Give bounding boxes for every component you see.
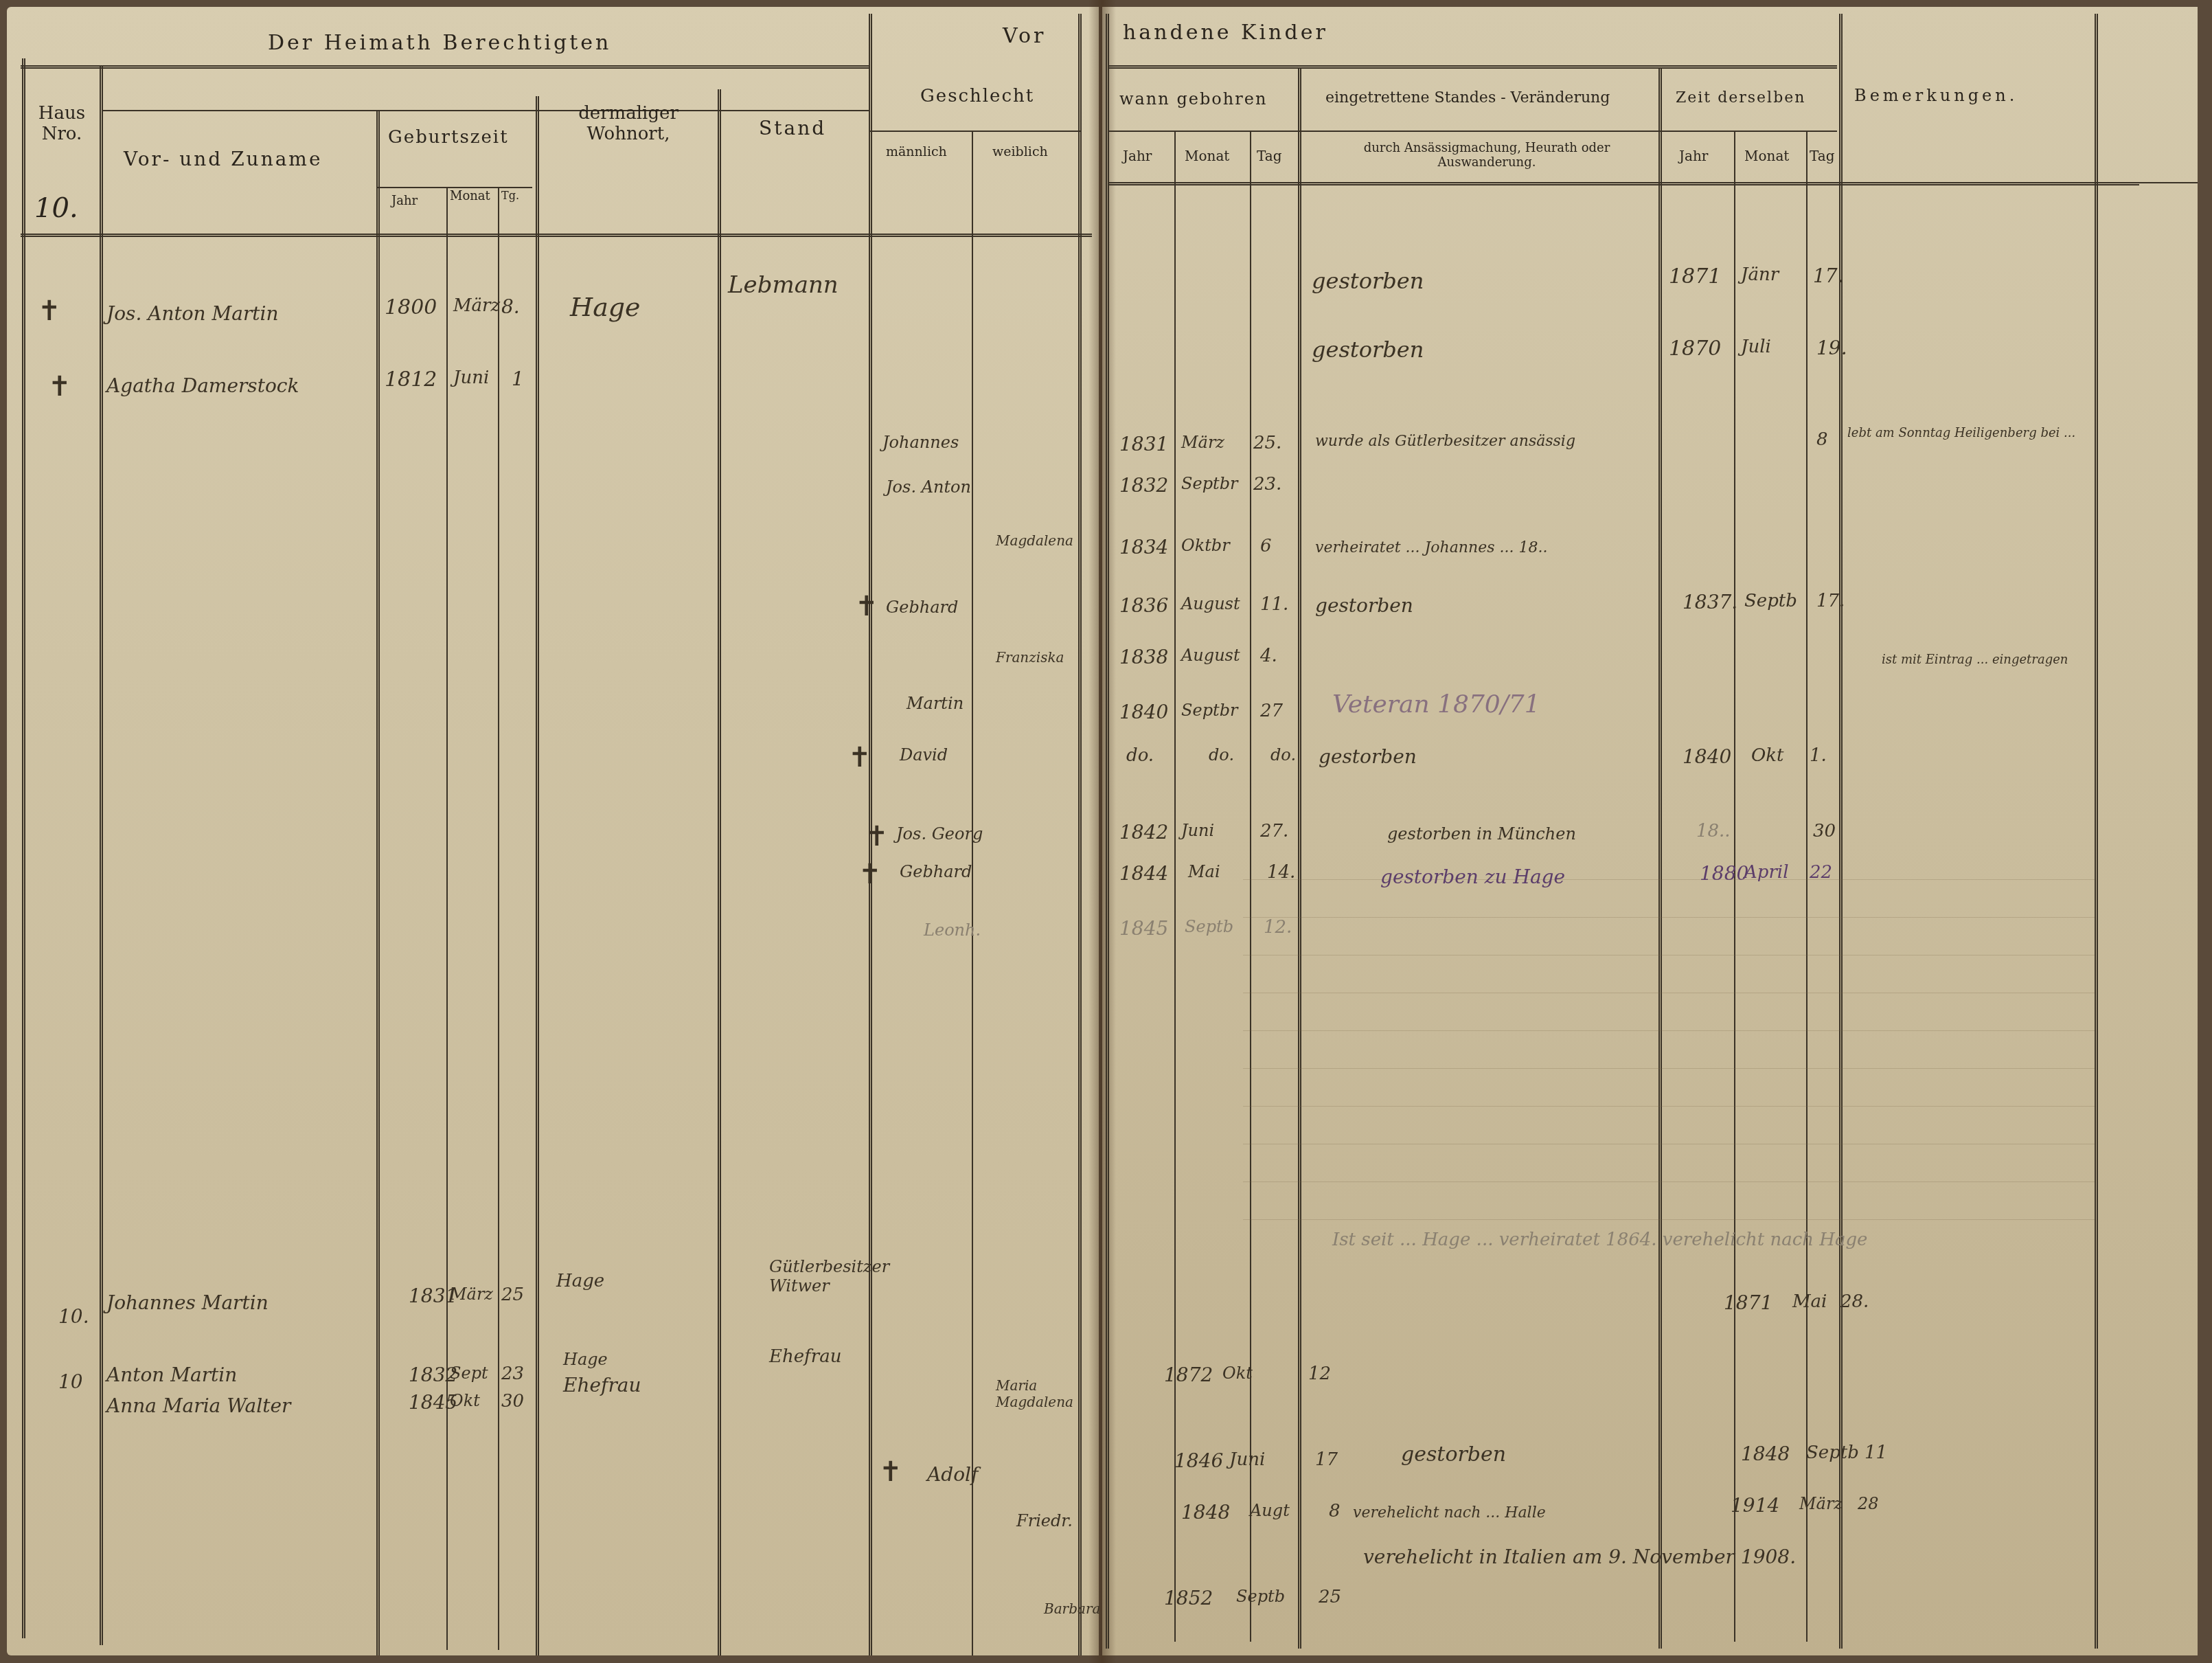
child-name: Jos. Georg bbox=[896, 824, 983, 844]
tag-header: Tg. bbox=[501, 189, 519, 202]
child-name: Franziska bbox=[996, 649, 1064, 666]
child-change: gestorben bbox=[1319, 745, 1417, 768]
child-monat: Oktbr bbox=[1181, 536, 1230, 555]
deceased-cross-icon: ✝ bbox=[38, 295, 61, 327]
entry-name: Agatha Damerstock bbox=[106, 374, 299, 397]
tag-header: Tag bbox=[1257, 148, 1282, 164]
child-jahr: 1838 bbox=[1119, 646, 1168, 668]
child-change-jahr: 1837. bbox=[1683, 591, 1737, 613]
header-top-rule bbox=[21, 65, 869, 69]
section-title: Der Heimath Berechtigten bbox=[268, 31, 611, 55]
child-jahr: 1836 bbox=[1119, 594, 1168, 617]
tag-header: Tag bbox=[1810, 148, 1835, 164]
child-jahr: 1842 bbox=[1119, 821, 1168, 844]
later-child-tag: 8 bbox=[1329, 1501, 1341, 1521]
faint-ruling bbox=[1243, 879, 2095, 1223]
col-rule bbox=[1658, 69, 1662, 1649]
child-change-tag: 8 bbox=[1816, 429, 1828, 450]
child-jahr: 1840 bbox=[1119, 701, 1168, 723]
later-change-monat: Mai bbox=[1792, 1291, 1827, 1312]
entry-change: gestorben bbox=[1312, 268, 1424, 294]
child-jahr: 1831 bbox=[1119, 433, 1168, 455]
later-child-jahr: 1848 bbox=[1181, 1501, 1230, 1524]
entry-jahr: 1812 bbox=[385, 367, 437, 392]
geburtszeit-header: Geburtszeit bbox=[388, 127, 509, 148]
wann-gebohren-header: wann gebohren bbox=[1119, 89, 1267, 109]
child-jahr: do. bbox=[1126, 745, 1154, 766]
entry-change-tag: 19. bbox=[1816, 337, 1847, 359]
later-change-tag: 28. bbox=[1840, 1291, 1869, 1312]
later-child-tag: 17 bbox=[1315, 1449, 1338, 1470]
later-child-tag: 12 bbox=[1308, 1364, 1331, 1384]
later-tag: 30 bbox=[501, 1391, 524, 1412]
later-child-tag: 25 bbox=[1319, 1587, 1341, 1607]
later-child-name: Friedr. bbox=[1016, 1511, 1073, 1530]
child-change: gestorben in München bbox=[1387, 824, 1576, 844]
child-jahr: 1832 bbox=[1119, 474, 1168, 497]
header-rule bbox=[1109, 131, 1837, 132]
child-change-jahr: 1880 bbox=[1700, 862, 1748, 885]
wohnort-header: dermaliger Wohnort, bbox=[549, 103, 707, 144]
entry-change: gestorben bbox=[1312, 337, 1424, 363]
deceased-cross-icon: ✝ bbox=[48, 371, 71, 403]
later-haus: 10 bbox=[58, 1370, 83, 1393]
child-tag: 12. bbox=[1264, 917, 1292, 938]
section-title-right: handene Kinder bbox=[1123, 21, 1328, 45]
child-change: verheiratet ... Johannes ... 18.. bbox=[1315, 539, 1547, 556]
deceased-cross-icon: ✝ bbox=[848, 742, 871, 773]
entry-tag: 1 bbox=[512, 367, 524, 390]
child-name: Johannes bbox=[882, 433, 959, 452]
later-haus: 10. bbox=[58, 1305, 89, 1328]
child-tag: 4. bbox=[1260, 646, 1277, 666]
maennlich-header: männlich bbox=[886, 144, 947, 159]
later-child-change: verehelicht nach ... Halle bbox=[1353, 1504, 1546, 1521]
col-rule bbox=[22, 58, 25, 1638]
header-top-rule bbox=[1109, 65, 1837, 69]
child-change-tag: 17. bbox=[1816, 591, 1845, 611]
later-child-change-monat: März bbox=[1799, 1494, 1843, 1513]
deceased-cross-icon: ✝ bbox=[879, 1456, 902, 1488]
child-tag: 6 bbox=[1260, 536, 1272, 556]
book-gutter bbox=[1088, 0, 1116, 1663]
child-tag: 14. bbox=[1267, 862, 1295, 883]
col-rule bbox=[1298, 69, 1301, 1649]
child-monat: März bbox=[1181, 433, 1224, 452]
deceased-cross-icon: ✝ bbox=[855, 591, 878, 622]
child-note: lebt am Sonntag Heiligenberg bei ... bbox=[1847, 426, 2075, 440]
jahr-header: Jahr bbox=[1123, 148, 1152, 164]
later-name: Johannes Martin bbox=[106, 1291, 269, 1314]
later-child-name: Maria Magdalena bbox=[996, 1377, 1092, 1410]
child-note: ist mit Eintrag ... eingetragen bbox=[1882, 653, 2088, 667]
section-title-left: Vor bbox=[1003, 24, 1046, 48]
jahr-header: Jahr bbox=[391, 194, 418, 208]
col-rule bbox=[1174, 131, 1176, 1642]
child-tag: 27 bbox=[1260, 701, 1283, 721]
child-change: Veteran 1870/71 bbox=[1332, 690, 1540, 719]
child-name: Magdalena bbox=[996, 532, 1073, 549]
later-child-name: Barbara bbox=[1044, 1600, 1100, 1617]
name-header: Vor- und Zuname bbox=[124, 148, 322, 170]
later-child-change-jahr: 1914 bbox=[1731, 1494, 1779, 1517]
child-name: Gebhard bbox=[900, 862, 972, 881]
col-rule bbox=[1106, 14, 1109, 1649]
child-name: Gebhard bbox=[886, 598, 958, 617]
entry-wohnort: Hage bbox=[570, 292, 641, 322]
stand-header: Stand bbox=[759, 117, 826, 139]
haus-nr-header: Haus Nro. bbox=[27, 103, 96, 144]
child-tag: 11. bbox=[1260, 594, 1288, 615]
col-rule bbox=[100, 65, 103, 1645]
child-change-monat: Septb bbox=[1744, 591, 1797, 611]
later-change: Ist seit ... Hage ... verheiratet 1864. … bbox=[1332, 1230, 2088, 1250]
zeit-header: Zeit derselben bbox=[1676, 89, 1805, 106]
haus-nr-value: 10. bbox=[34, 192, 78, 224]
later-monat: Sept bbox=[450, 1364, 488, 1383]
header-rule bbox=[1840, 182, 2198, 183]
entry-change-monat: Jänr bbox=[1741, 264, 1779, 285]
subheader-rule bbox=[378, 187, 532, 188]
later-child-change-jahr: 1848 bbox=[1741, 1443, 1790, 1465]
deceased-cross-icon: ✝ bbox=[865, 821, 889, 852]
ledger-book: Der Heimath Berechtigten Haus Nro. 10. V… bbox=[7, 0, 2198, 1663]
child-jahr: 1845 bbox=[1119, 917, 1168, 940]
child-name: David bbox=[900, 745, 948, 765]
veraenderung-header: eingetrettene Standes - Veränderung bbox=[1325, 89, 1610, 106]
monat-header: Monat bbox=[450, 189, 490, 203]
entry-jahr: 1800 bbox=[385, 295, 437, 319]
entry-change-tag: 17. bbox=[1813, 264, 1844, 287]
child-tag: 27. bbox=[1260, 821, 1288, 841]
entry-change-jahr: 1870 bbox=[1669, 337, 1721, 361]
child-change-tag: 22 bbox=[1810, 862, 1832, 883]
child-tag: 23. bbox=[1253, 474, 1281, 495]
later-monat: März bbox=[450, 1285, 493, 1304]
child-tag: do. bbox=[1270, 745, 1296, 765]
child-change-jahr: 1840 bbox=[1683, 745, 1731, 768]
col-rule bbox=[2095, 14, 2098, 1649]
header-rule bbox=[103, 110, 869, 111]
later-change-jahr: 1871 bbox=[1724, 1291, 1772, 1314]
child-jahr: 1834 bbox=[1119, 536, 1168, 558]
later-child-jahr: 1872 bbox=[1164, 1364, 1213, 1386]
jahr-header: Jahr bbox=[1679, 148, 1708, 164]
child-monat: Septbr bbox=[1181, 701, 1238, 720]
col-rule bbox=[536, 96, 539, 1655]
child-name: Martin bbox=[907, 694, 964, 713]
entry-monat: Juni bbox=[453, 367, 489, 388]
later-stand: Gütlerbesitzer Witwer bbox=[769, 1257, 865, 1296]
later-child-monat: Juni bbox=[1229, 1449, 1265, 1470]
col-rule bbox=[446, 187, 448, 1650]
child-change: gestorben zu Hage bbox=[1380, 866, 1565, 888]
bemerkungen-header: Bemerkungen. bbox=[1854, 86, 2018, 105]
col-rule bbox=[1839, 14, 1843, 1649]
child-name: Jos. Anton bbox=[886, 477, 971, 497]
child-monat: do. bbox=[1209, 745, 1234, 765]
later-tag: 23 bbox=[501, 1364, 524, 1384]
entry-name: Jos. Anton Martin bbox=[106, 302, 279, 325]
col-rule bbox=[498, 187, 499, 1650]
later-child-change: gestorben bbox=[1401, 1443, 1506, 1467]
later-wohnort: Hage bbox=[556, 1271, 604, 1291]
child-change-monat: Okt bbox=[1751, 745, 1784, 766]
child-monat: Septbr bbox=[1181, 474, 1238, 493]
later-stand: Ehefrau bbox=[769, 1346, 841, 1367]
later-name: Anton Martin bbox=[106, 1364, 237, 1386]
entry-tag: 8. bbox=[501, 295, 520, 318]
later-monat: Okt bbox=[450, 1391, 480, 1410]
col-rule bbox=[972, 131, 973, 1655]
child-change-jahr: 18.. bbox=[1696, 821, 1731, 841]
monat-header: Monat bbox=[1744, 148, 1789, 164]
child-jahr: 1844 bbox=[1119, 862, 1168, 885]
child-monat: Juni bbox=[1181, 821, 1214, 840]
later-tag: 25 bbox=[501, 1285, 524, 1305]
child-monat: August bbox=[1181, 594, 1240, 613]
later-wohnort: Ehefrau bbox=[563, 1374, 641, 1396]
child-change-tag: 30 bbox=[1813, 821, 1836, 841]
child-monat: Mai bbox=[1188, 862, 1220, 881]
later-child-jahr: 1846 bbox=[1174, 1449, 1223, 1472]
later-wohnort: Hage bbox=[563, 1350, 608, 1369]
later-child-monat: Okt bbox=[1222, 1364, 1253, 1383]
child-monat: August bbox=[1181, 646, 1240, 665]
later-child-change-tag: 28 bbox=[1858, 1494, 1879, 1513]
entry-change-monat: Juli bbox=[1741, 337, 1771, 357]
entry-monat: März bbox=[453, 295, 500, 316]
child-tag: 25. bbox=[1253, 433, 1281, 453]
later-child-jahr: 1852 bbox=[1164, 1587, 1213, 1609]
header-bottom-rule bbox=[21, 234, 1092, 237]
child-change: gestorben bbox=[1315, 594, 1413, 617]
entry-stand: Lebmann bbox=[728, 271, 839, 299]
child-change-tag: 1. bbox=[1810, 745, 1827, 766]
monat-header: Monat bbox=[1185, 148, 1229, 164]
deceased-cross-icon: ✝ bbox=[858, 859, 882, 890]
veraenderung-sub-header: durch Ansässigmachung, Heurath oder Ausw… bbox=[1336, 141, 1638, 170]
col-rule bbox=[376, 110, 380, 1655]
later-child-monat: Septb bbox=[1236, 1587, 1285, 1606]
later-child-change-tag: 11 bbox=[1865, 1443, 1887, 1463]
child-monat: Septb bbox=[1185, 917, 1233, 936]
child-change: wurde als Gütlerbesitzer ansässig bbox=[1315, 433, 1575, 450]
later-child-change: verehelicht in Italien am 9. November 19… bbox=[1363, 1546, 1796, 1568]
geschlecht-rule bbox=[869, 131, 1082, 132]
later-child-monat: Augt bbox=[1250, 1501, 1290, 1520]
later-name: Anna Maria Walter bbox=[106, 1394, 290, 1417]
later-child-change-monat: Septb bbox=[1806, 1443, 1859, 1463]
geschlecht-header: Geschlecht bbox=[920, 86, 1034, 106]
child-change-monat: April bbox=[1744, 862, 1788, 883]
weiblich-header: weiblich bbox=[992, 144, 1048, 159]
later-child-name: Adolf bbox=[927, 1463, 978, 1486]
child-name: Leonh. bbox=[924, 920, 981, 940]
col-rule bbox=[718, 89, 721, 1655]
entry-change-jahr: 1871 bbox=[1669, 264, 1721, 289]
